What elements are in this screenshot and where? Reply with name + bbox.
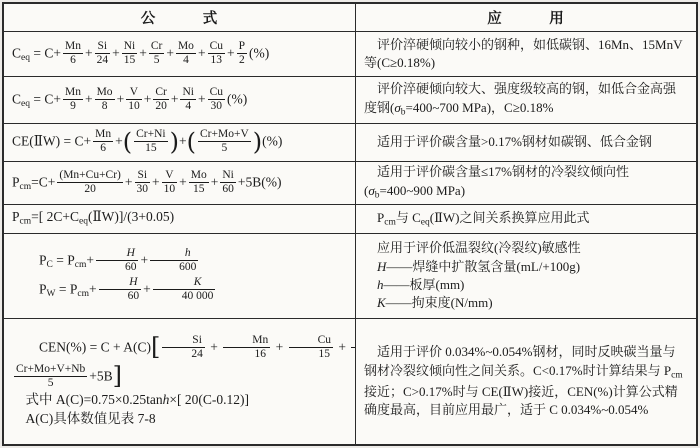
text: = P: [53, 253, 75, 268]
numerator: Ni: [122, 40, 138, 53]
numerator: Cu: [289, 334, 333, 347]
subscript: eq: [421, 217, 430, 227]
numerator: Mn: [63, 86, 83, 99]
application-line: 适用于评价碳含量>0.17%钢材如碳钢、低合金钢: [364, 133, 688, 151]
text: +: [227, 45, 235, 60]
formula-line: Cr+Mo+V+Nb5+5B]: [12, 363, 347, 392]
denominator: 6: [93, 141, 113, 155]
text: (%): [227, 91, 247, 106]
text: +: [179, 134, 187, 149]
formula-cell: Ceq = C+Mn9+Mo8+V10+Cr20+Ni4+Cu30(%): [4, 76, 356, 123]
scanned-page: 公 式 应 用 Ceq = C+Mn6+Si24+Ni15+Cr5+Mo4+Cu…: [0, 0, 700, 448]
numerator: Cr: [149, 40, 165, 53]
text: ×[ 20(C-0.12)]: [169, 392, 249, 407]
text: (%): [249, 45, 269, 60]
application-cell: 适用于评价碳含量≤17%钢材的冷裂纹倾向性(σb=400~900 MPa): [356, 161, 696, 204]
formula-line: PW = Pcm+H60+K40 000: [12, 276, 347, 305]
text: = P: [55, 281, 77, 296]
subscript: cm: [20, 182, 32, 192]
formula-line: Pcm=C+(Mn+Cu+Cr)20+Si30+V10+Mo15+Ni60+5B…: [12, 169, 347, 198]
formula-cell: Pcm=[ 2C+Ceq(ⅡW)]/(3+0.05): [4, 204, 356, 233]
big-bracket: ): [253, 128, 262, 156]
text: =C+: [31, 174, 55, 189]
fraction: Cu13: [208, 40, 225, 67]
formula-line: Ceq = C+Mn9+Mo8+V10+Cr20+Ni4+Cu30(%): [12, 86, 347, 115]
text: 评价淬硬倾向较小的钢种，如低碳钢、16Mn、15MnV 等(C≥0.18%): [364, 37, 682, 70]
fraction: Si30: [135, 169, 151, 196]
numerator: Mo: [176, 40, 196, 53]
denominator: 60: [99, 289, 142, 303]
application-cell: 适用于评价碳含量>0.17%钢材如碳钢、低合金钢: [356, 123, 696, 161]
subscript: eq: [21, 99, 30, 109]
text: +5B: [89, 368, 112, 383]
application-line: 适用于评价碳含量≤17%钢材的冷裂纹倾向性(σb=400~900 MPa): [364, 163, 688, 202]
denominator: 40 000: [153, 289, 216, 303]
numerator: Si: [95, 40, 111, 53]
numerator: H: [96, 247, 139, 260]
text: (ⅡW)]/(3+0.05): [88, 209, 174, 224]
text: P: [12, 174, 20, 189]
text: +: [211, 174, 219, 189]
fraction: H60: [99, 276, 142, 303]
denominator: 5: [14, 376, 87, 390]
formula-line: CE(ⅡW) = C+Mn6+(Cr+Ni15)+(Cr+Mo+V5)(%): [12, 128, 347, 157]
application-line: K——拘束度(N/mm): [364, 294, 688, 312]
denominator: 15: [189, 182, 209, 196]
text: 式中 A(C)=0.75×0.25tan: [26, 392, 163, 407]
text: +: [144, 91, 152, 106]
denominator: 20: [57, 182, 123, 196]
text: 适用于评价碳含量>0.17%钢材如碳钢、低合金钢: [377, 134, 652, 149]
application-line: 应用于评价低温裂纹(冷裂纹)敏感性: [364, 239, 688, 257]
numerator: K: [153, 276, 216, 289]
text: C: [12, 91, 21, 106]
text: +: [140, 253, 148, 268]
text: +5B(%): [238, 174, 282, 189]
formula-line: Pcm=[ 2C+Ceq(ⅡW)]/(3+0.05): [12, 208, 347, 229]
fraction: Mn16: [223, 334, 270, 361]
text: P: [39, 281, 47, 296]
fraction: Mo4: [176, 40, 196, 67]
text: +: [207, 339, 221, 354]
fraction: V10: [126, 86, 142, 113]
text: (ⅡW)之间关系换算应用此式: [430, 210, 590, 225]
subscript: cm: [671, 370, 683, 380]
numerator: Mn: [63, 40, 83, 53]
denominator: 24: [95, 53, 111, 67]
text: +: [125, 174, 133, 189]
fraction: h600: [150, 247, 198, 274]
text: P: [12, 209, 20, 224]
big-bracket: (: [187, 128, 196, 156]
fraction: Mn6: [63, 40, 83, 67]
numerator: h: [150, 247, 198, 260]
formula-line: PC = Pcm+H60+h600: [12, 247, 347, 276]
fraction: Cr+Mo+V+Nb5: [14, 363, 87, 390]
fraction: Mo8: [95, 86, 115, 113]
denominator: 20: [153, 99, 169, 113]
text: 与 C: [396, 210, 421, 225]
denominator: 2: [237, 53, 247, 67]
fraction: Cr+Ni15: [134, 128, 168, 155]
application-line: 适用于评价 0.034%~0.054%钢材，同时反映碳当量与钢材冷裂纹倾向性之间…: [364, 343, 688, 419]
denominator: 13: [208, 53, 225, 67]
denominator: 4: [180, 99, 196, 113]
header-formula-column: 公 式: [4, 4, 356, 31]
text: +: [335, 339, 349, 354]
big-bracket: (: [123, 128, 132, 156]
text: 适用于评价 0.034%~0.054%钢材，同时反映碳当量与钢材冷裂纹倾向性之间…: [364, 344, 675, 377]
formula-line: Ceq = C+Mn6+Si24+Ni15+Cr5+Mo4+Cu13+P2(%): [12, 40, 347, 69]
fraction: Mn9: [63, 86, 83, 113]
text: +: [112, 45, 120, 60]
text: +: [139, 45, 147, 60]
text: +: [117, 91, 125, 106]
denominator: 600: [150, 260, 198, 274]
text: = C+: [30, 91, 61, 106]
big-bracket: [: [151, 333, 160, 361]
text: +: [89, 281, 97, 296]
text: P: [39, 253, 47, 268]
text: +: [115, 134, 123, 149]
carbon-equivalent-table: 公 式 应 用 Ceq = C+Mn6+Si24+Ni15+Cr5+Mo4+Cu…: [2, 2, 698, 446]
text: +: [166, 45, 174, 60]
fraction: Ni4: [180, 86, 196, 113]
text: ——拘束度(N/mm): [386, 295, 493, 310]
text: +: [171, 91, 179, 106]
numerator: V: [162, 169, 178, 182]
subscript: cm: [20, 217, 32, 227]
denominator: 30: [135, 182, 151, 196]
big-bracket: ]: [113, 362, 122, 390]
numerator: Mo: [95, 86, 115, 99]
denominator: 15: [134, 141, 168, 155]
denominator: 60: [220, 182, 236, 196]
subscript: eq: [21, 53, 30, 63]
numerator: Ni: [180, 86, 196, 99]
subscript: cm: [75, 260, 87, 270]
formula-cell: CE(ⅡW) = C+Mn6+(Cr+Ni15)+(Cr+Mo+V5)(%): [4, 123, 356, 161]
formula-line: 式中 A(C)=0.75×0.25tanh×[ 20(C-0.12)]: [12, 391, 347, 410]
subscript: cm: [384, 217, 396, 227]
text: +: [179, 174, 187, 189]
fraction: Cr5: [149, 40, 165, 67]
text: = C+: [30, 45, 61, 60]
fraction: Mo15: [189, 169, 209, 196]
text: C: [12, 45, 21, 60]
fraction: (Mn+Cu+Cr)20: [57, 169, 123, 196]
numerator: Cu: [208, 86, 225, 99]
text: +: [152, 174, 160, 189]
denominator: 5: [198, 141, 251, 155]
fraction: Cr20: [153, 86, 169, 113]
fraction: Si24: [95, 40, 111, 67]
header-application-column: 应 用: [356, 4, 696, 31]
denominator: 24: [162, 347, 205, 361]
formula-cell: CEN(%) = C + A(C)[Si24 + Mn16 + Cu15 + N…: [4, 318, 356, 444]
fraction: K40 000: [153, 276, 216, 303]
application-line: Pcm与 Ceq(ⅡW)之间关系换算应用此式: [364, 209, 688, 230]
numerator: V: [126, 86, 142, 99]
fraction: Cr+Mo+V5: [198, 128, 251, 155]
numerator: Cr+Mo+V+Nb: [14, 363, 87, 376]
text: A(C)具体数值见表 7-8: [26, 411, 156, 426]
numerator: Ni: [220, 169, 236, 182]
application-cell: 应用于评价低温裂纹(冷裂纹)敏感性H——焊缝中扩散氢含量(mL/+100g)h—…: [356, 233, 696, 318]
denominator: 15: [289, 347, 333, 361]
fraction: P2: [237, 40, 247, 67]
application-cell: Pcm与 Ceq(ⅡW)之间关系换算应用此式: [356, 204, 696, 233]
formula-cell: Pcm=C+(Mn+Cu+Cr)20+Si30+V10+Mo15+Ni60+5B…: [4, 161, 356, 204]
formula-cell: Ceq = C+Mn6+Si24+Ni15+Cr5+Mo4+Cu13+P2(%): [4, 31, 356, 76]
fraction: V10: [162, 169, 178, 196]
numerator: (Mn+Cu+Cr): [57, 169, 123, 182]
fraction: H60: [96, 247, 139, 274]
application-cell: 适用于评价 0.034%~0.054%钢材，同时反映碳当量与钢材冷裂纹倾向性之间…: [356, 318, 696, 444]
subscript: eq: [79, 217, 88, 227]
text: +: [143, 281, 151, 296]
denominator: 15: [122, 53, 138, 67]
formula-line: CEN(%) = C + A(C)[Si24 + Mn16 + Cu15 + N…: [12, 334, 347, 363]
formula-cell: PC = Pcm+H60+h600PW = Pcm+H60+K40 000: [4, 233, 356, 318]
text: ——焊缝中扩散氢含量(mL/+100g): [386, 259, 580, 274]
text: ——板厚(mm): [384, 277, 465, 292]
formula-line: A(C)具体数值见表 7-8: [12, 410, 347, 429]
numerator: Si: [162, 334, 205, 347]
numerator: Mo: [189, 169, 209, 182]
denominator: 9: [63, 99, 83, 113]
denominator: 10: [162, 182, 178, 196]
fraction: Ni60: [220, 169, 236, 196]
denominator: 6: [63, 53, 83, 67]
text: CEN(%) = C + A(C): [39, 339, 151, 354]
text: 应用于评价低温裂纹(冷裂纹)敏感性: [377, 240, 581, 255]
numerator: P: [237, 40, 247, 53]
text: =[ 2C+C: [31, 209, 79, 224]
fraction: Cu30: [208, 86, 225, 113]
text: +: [85, 45, 93, 60]
denominator: 30: [208, 99, 225, 113]
numerator: Cu: [208, 40, 225, 53]
denominator: 8: [95, 99, 115, 113]
fraction: Ni15: [122, 40, 138, 67]
subscript: cm: [77, 289, 89, 299]
numerator: Cr+Ni: [134, 128, 168, 141]
text: =400~900 MPa): [380, 183, 466, 198]
text: 接近；C>0.17%时与 CE(ⅡW)接近，CEN(%)计算公式精确度最高，目前…: [364, 384, 678, 417]
text: +: [198, 91, 206, 106]
numerator: Cr: [153, 86, 169, 99]
application-line: h——板厚(mm): [364, 276, 688, 294]
numerator: Mn: [93, 128, 113, 141]
fraction: Si24: [162, 334, 205, 361]
numerator: Mn: [223, 334, 270, 347]
text: (%): [262, 134, 282, 149]
text: +: [198, 45, 206, 60]
application-line: 评价淬硬倾向较小的钢种，如低碳钢、16Mn、15MnV 等(C≥0.18%): [364, 36, 688, 73]
fraction: Cu15: [289, 334, 333, 361]
fraction: Mn6: [93, 128, 113, 155]
application-cell: 评价淬硬倾向较大、强度级较高的钢，如低合金高强度钢(σb=400~700 MPa…: [356, 76, 696, 123]
text: CE(ⅡW) = C+: [12, 134, 91, 149]
italic-text: H: [377, 259, 386, 274]
denominator: 60: [96, 260, 139, 274]
text: +: [86, 253, 94, 268]
big-bracket: ): [170, 128, 179, 156]
denominator: 4: [176, 53, 196, 67]
application-cell: 评价淬硬倾向较小的钢种，如低碳钢、16Mn、15MnV 等(C≥0.18%): [356, 31, 696, 76]
denominator: 10: [126, 99, 142, 113]
italic-text: K: [377, 295, 386, 310]
text: +: [272, 339, 286, 354]
numerator: Si: [135, 169, 151, 182]
numerator: Cr+Mo+V: [198, 128, 251, 141]
denominator: 16: [223, 347, 270, 361]
application-line: H——焊缝中扩散氢含量(mL/+100g): [364, 258, 688, 276]
denominator: 5: [149, 53, 165, 67]
numerator: H: [99, 276, 142, 289]
text: +: [85, 91, 93, 106]
text: =400~700 MPa)，C≥0.18%: [406, 100, 554, 115]
application-line: 评价淬硬倾向较大、强度级较高的钢，如低合金高强度钢(σb=400~700 MPa…: [364, 80, 688, 119]
